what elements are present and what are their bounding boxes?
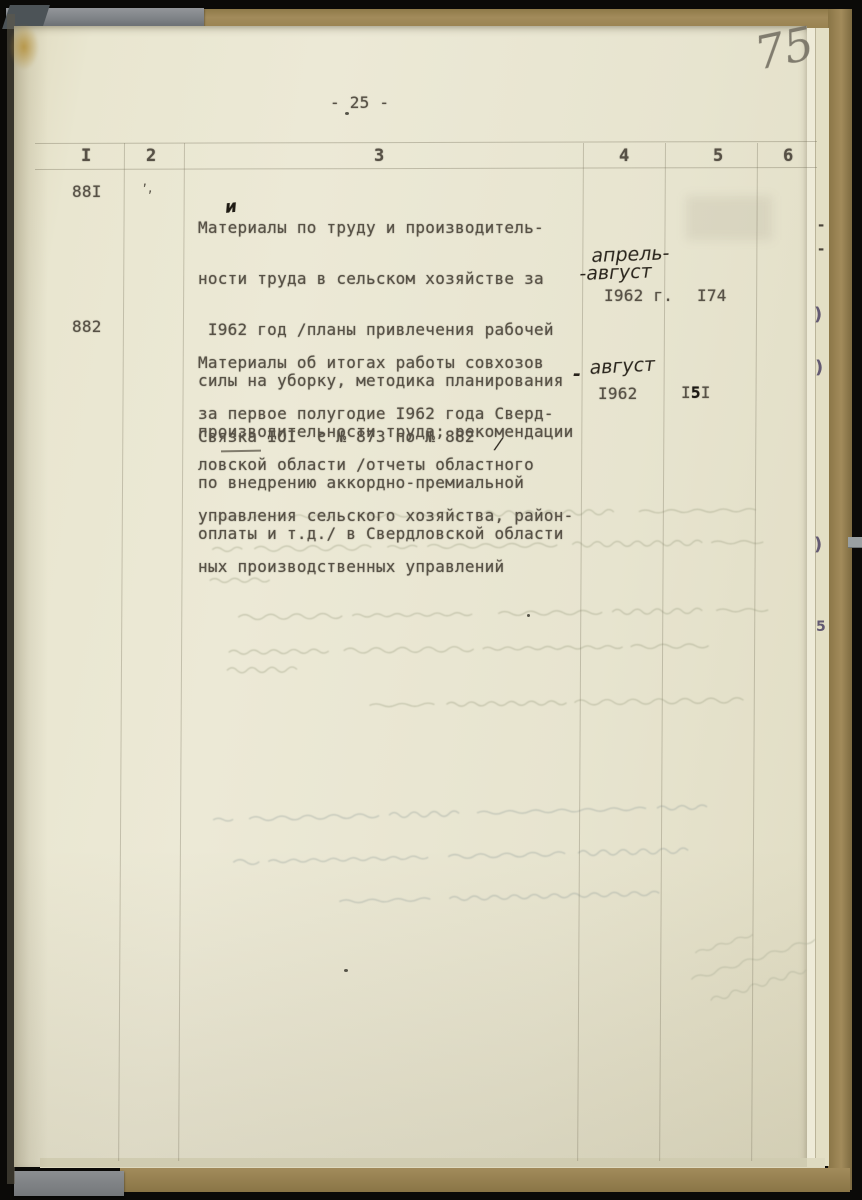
edge-ink-mark: ) bbox=[814, 304, 822, 325]
dust-speck bbox=[527, 614, 530, 617]
entry-881-ink-insertion-mark: и bbox=[224, 197, 238, 218]
dust-speck bbox=[345, 112, 349, 115]
entry-881-date: I962 г. bbox=[604, 287, 673, 304]
entry-882-description: Материалы об итогах работы совхозов за п… bbox=[198, 320, 574, 609]
bundle-note: Связка IOI с № 873 по № 882 bbox=[198, 428, 475, 445]
scanned-archive-page-photo: - 25 - I 2 3 4 5 6 88I ʼ, Материалы по т… bbox=[0, 0, 862, 1200]
overwritten-digit: 5 bbox=[691, 383, 701, 402]
edge-ink-mark: ) bbox=[815, 357, 823, 378]
column-header-3: 3 bbox=[374, 146, 385, 166]
column-header-1: I bbox=[81, 146, 92, 166]
edge-ink-mark: ) bbox=[814, 534, 822, 555]
paper-clip-right bbox=[848, 537, 862, 548]
typed-page-number: - 25 - bbox=[330, 94, 389, 111]
entry-881-number: 88I bbox=[72, 183, 102, 200]
edge-ink-dash: - bbox=[818, 216, 824, 234]
entry-882-handwritten-period: август bbox=[589, 354, 656, 379]
column-header-4: 4 bbox=[619, 146, 630, 166]
edge-ink-dash: - bbox=[818, 240, 824, 258]
dust-speck bbox=[344, 969, 348, 972]
edge-ink-mark: 5 bbox=[816, 619, 826, 635]
entry-881-handwritten-period-line2: -август bbox=[579, 260, 652, 285]
entry-882-number: 882 bbox=[72, 318, 102, 335]
entry-882-sheet-count: I5I bbox=[681, 384, 711, 401]
entry-881-sheet-count: I74 bbox=[697, 287, 727, 304]
column-header-6: 6 bbox=[783, 146, 794, 166]
entry-882-handwritten-dash: - bbox=[573, 363, 581, 385]
column-header-5: 5 bbox=[713, 146, 724, 166]
entry-882-date: I962 bbox=[598, 385, 638, 402]
column-header-2: 2 bbox=[146, 146, 157, 166]
